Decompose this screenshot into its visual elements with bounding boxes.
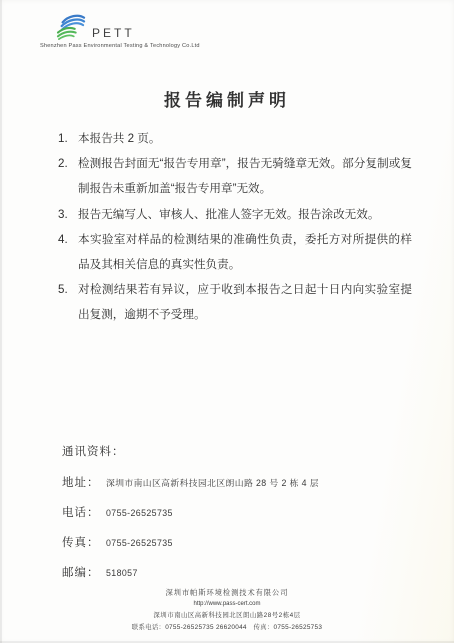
contact-value: 0755-26525735 <box>106 538 173 548</box>
contact-label: 电话： <box>62 504 106 520</box>
statement-number: 5. <box>58 277 78 327</box>
contact-label: 传真： <box>62 534 106 550</box>
contact-row-phone: 电话： 0755-26525735 <box>62 504 402 520</box>
footer-website: http://www.pass-cert.com <box>0 601 454 607</box>
contact-label: 地址： <box>62 474 106 490</box>
pett-logo-icon <box>55 13 87 41</box>
footer-phones: 联系电话：0755-26525735 26620044 传真：0755-2652… <box>0 622 454 631</box>
contact-row-address: 地址： 深圳市南山区高新科技园北区朗山路 28 号 2 栋 4 层 <box>62 474 402 490</box>
statement-item: 2. 检测报告封面无“报告专用章”，报告无骑缝章无效。部分复制或复制报告未重新加… <box>58 151 412 201</box>
statement-text: 对检测结果若有异议，应于收到本报告之日起十日内向实验室提出复测，逾期不予受理。 <box>78 277 412 327</box>
footer-address: 深圳市南山区高新科技园北区朗山路28号2栋4层 <box>0 610 454 619</box>
statement-number: 3. <box>58 202 78 227</box>
logo: PETT <box>55 13 300 41</box>
statement-item: 4. 本实验室对样品的检测结果的准确性负责，委托方对所提供的样品及其相关信息的真… <box>58 227 412 277</box>
statement-number: 2. <box>58 151 78 201</box>
statement-list: 1. 本报告共 2 页。 2. 检测报告封面无“报告专用章”，报告无骑缝章无效。… <box>58 126 412 328</box>
company-name-en: Shenzhen Pass Environmental Testing & Te… <box>40 43 300 49</box>
contact-heading: 通讯资料： <box>62 443 402 459</box>
statement-item: 3. 报告无编写人、审核人、批准人签字无效。报告涂改无效。 <box>58 202 412 227</box>
contact-value: 518057 <box>106 568 138 578</box>
statement-text: 本实验室对样品的检测结果的准确性负责，委托方对所提供的样品及其相关信息的真实性负… <box>78 227 412 277</box>
contact-section: 通讯资料： 地址： 深圳市南山区高新科技园北区朗山路 28 号 2 栋 4 层 … <box>62 443 402 580</box>
statement-text: 报告无编写人、审核人、批准人签字无效。报告涂改无效。 <box>78 202 412 227</box>
scan-edge <box>0 0 2 643</box>
footer-company: 深圳市帕斯环境检测技术有限公司 <box>0 588 454 598</box>
contact-value: 深圳市南山区高新科技园北区朗山路 28 号 2 栋 4 层 <box>106 476 319 489</box>
report-statement-page: PETT Shenzhen Pass Environmental Testing… <box>0 0 454 643</box>
statement-item: 1. 本报告共 2 页。 <box>58 126 412 151</box>
contact-row-fax: 传真： 0755-26525735 <box>62 534 402 550</box>
statement-number: 4. <box>58 227 78 277</box>
statement-item: 5. 对检测结果若有异议，应于收到本报告之日起十日内向实验室提出复测，逾期不予受… <box>58 277 412 327</box>
statement-text: 本报告共 2 页。 <box>78 126 412 151</box>
logo-text: PETT <box>92 26 135 40</box>
header: PETT Shenzhen Pass Environmental Testing… <box>40 13 300 49</box>
footer: 深圳市帕斯环境检测技术有限公司 http://www.pass-cert.com… <box>0 588 454 631</box>
statement-text: 检测报告封面无“报告专用章”，报告无骑缝章无效。部分复制或复制报告未重新加盖“报… <box>78 151 412 201</box>
contact-label: 邮编： <box>62 564 106 580</box>
contact-value: 0755-26525735 <box>106 508 173 518</box>
statement-number: 1. <box>58 126 78 151</box>
page-title: 报告编制声明 <box>0 86 454 111</box>
contact-row-postcode: 邮编： 518057 <box>62 564 402 580</box>
